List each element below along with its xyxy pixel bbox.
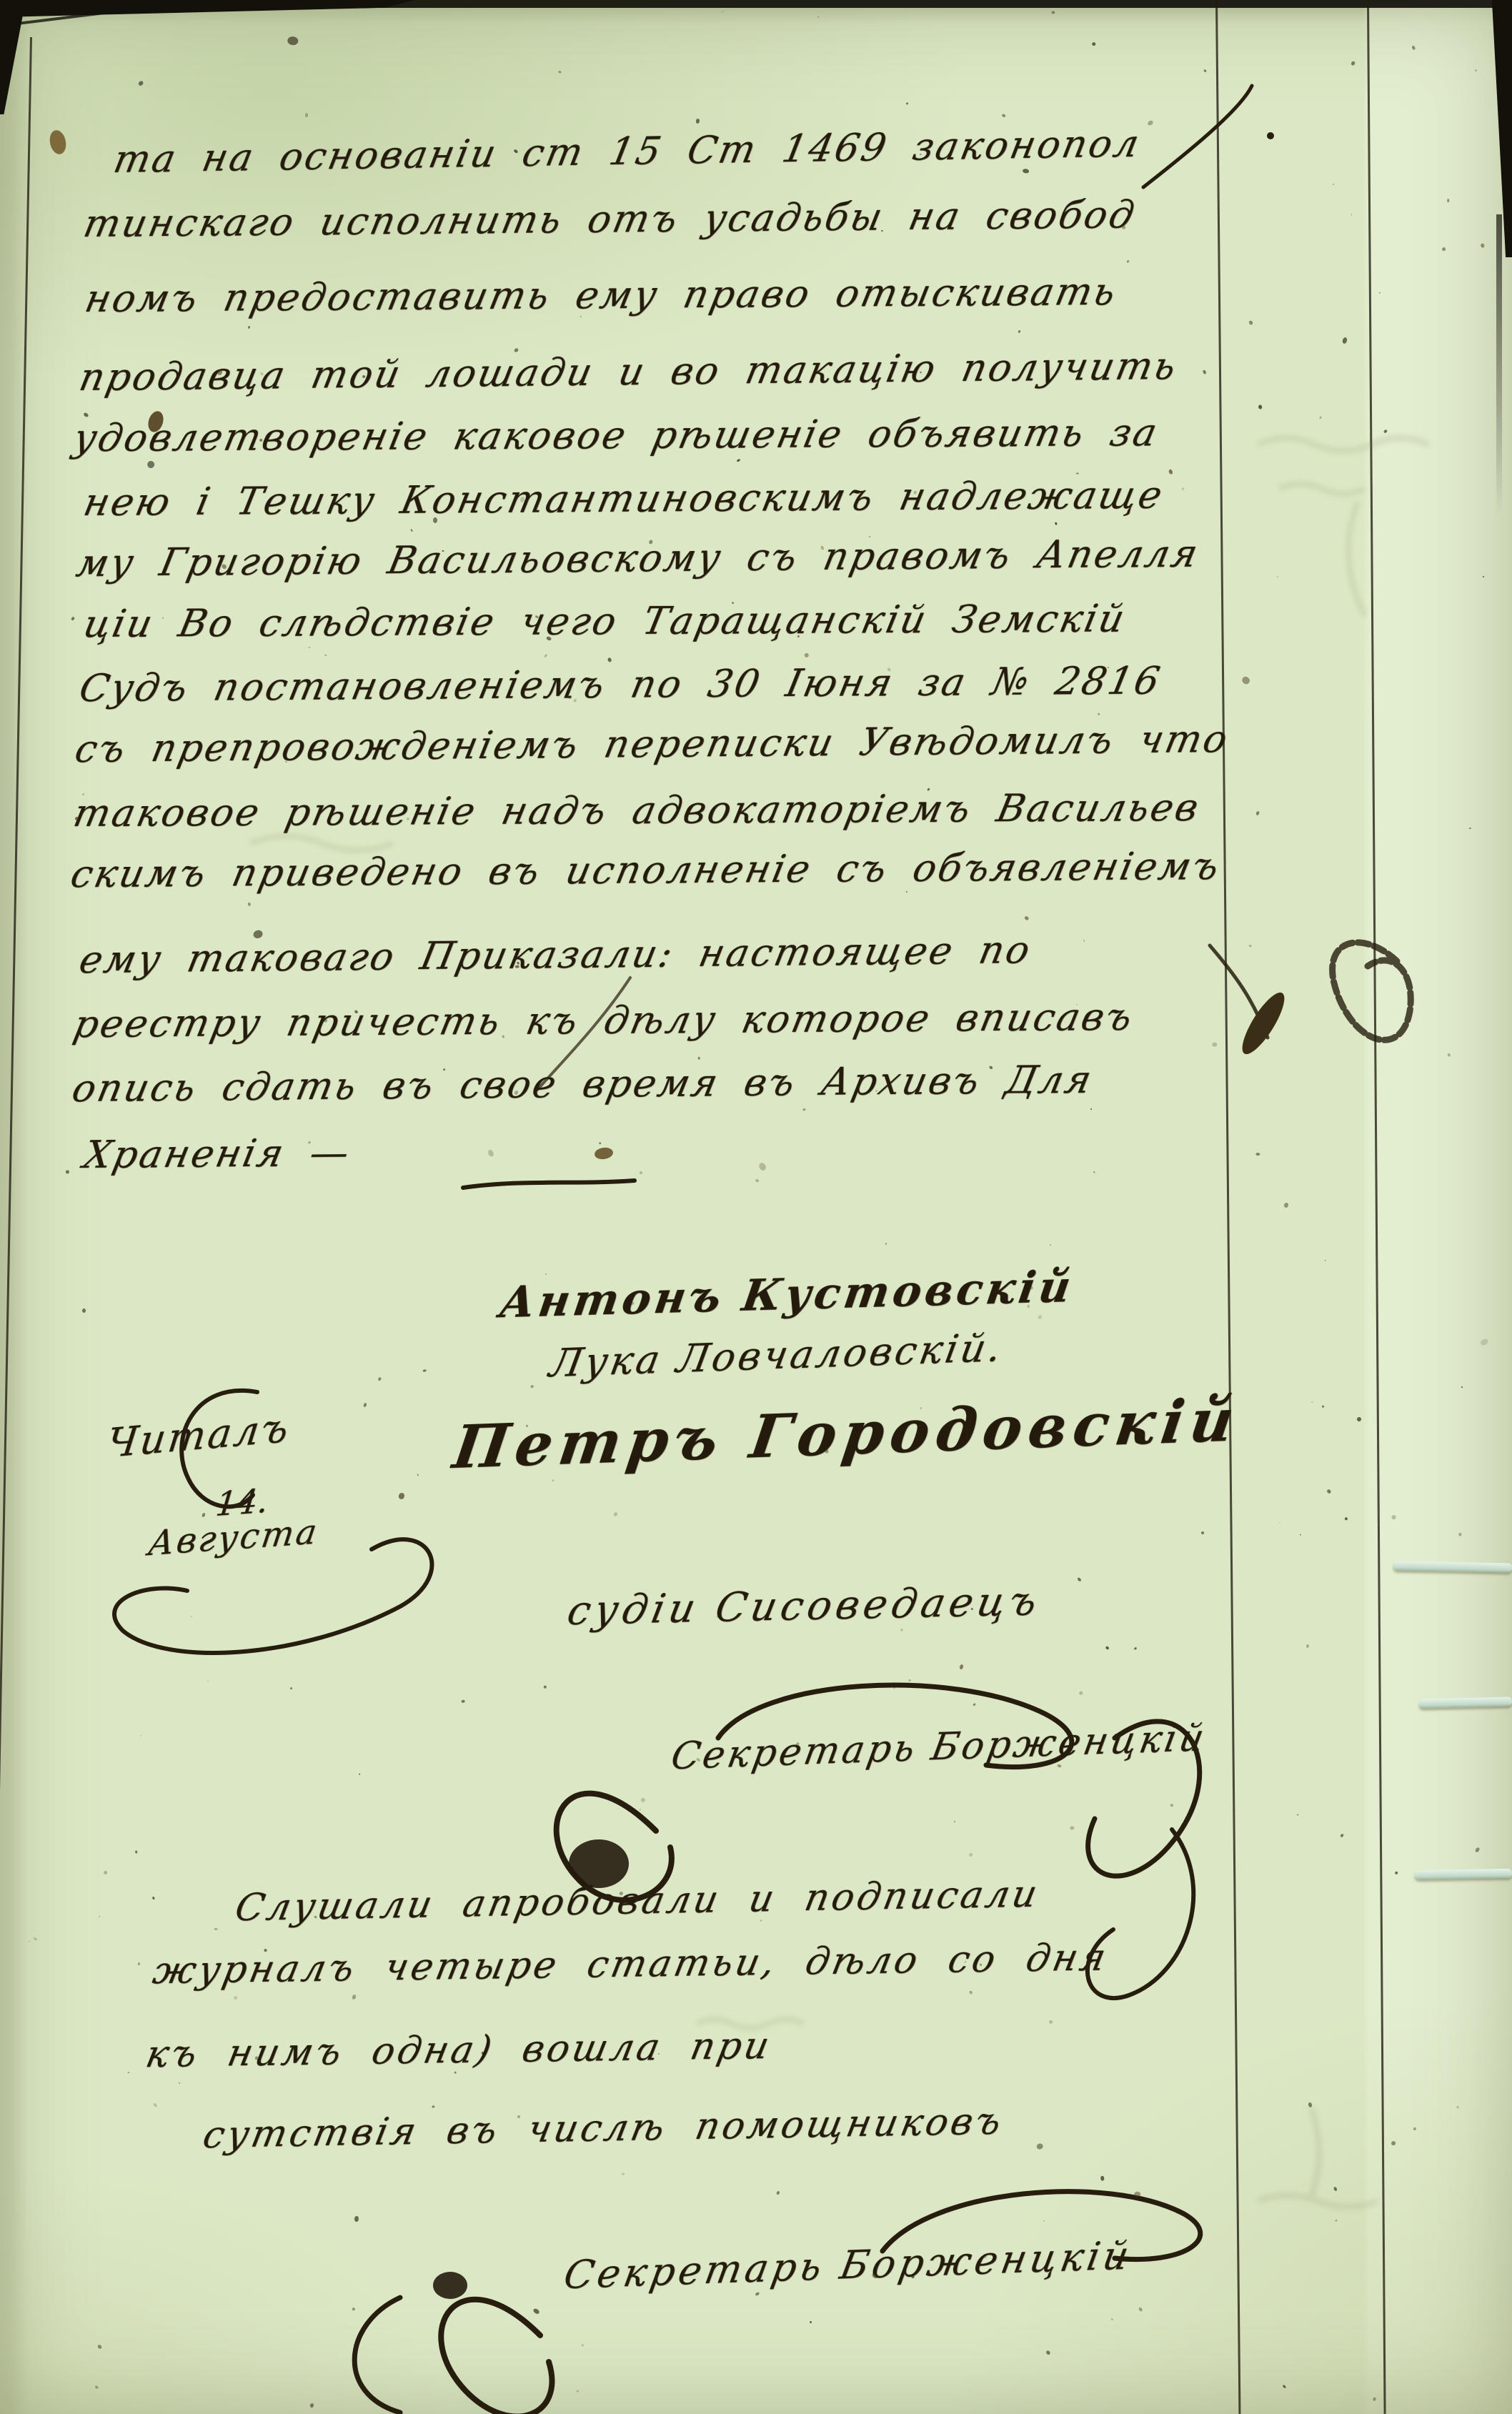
closing-line: къ нимъ одна) вошла при (142, 2025, 775, 2076)
manuscript-scan: та на основаніи ст 15 Ст 1469 законопол … (0, 0, 1512, 2414)
page-edge-right (1496, 214, 1502, 515)
main-text-line: Храненія — (80, 1131, 355, 1177)
main-text-line: удовлетвореніе каковое рѣшеніе объявить … (70, 411, 1163, 460)
main-text-line: скимъ приведено въ исполненіе съ объявле… (67, 845, 1225, 896)
binding-thread-3 (1415, 1869, 1512, 1879)
main-text-line: номъ предоставить ему право отыскивать (81, 270, 1121, 321)
main-text-line: опись сдать въ свое время въ Архивъ Для (69, 1058, 1098, 1111)
main-text-line: ціи Во слѣдствіе чего Таращанскій Земскі… (80, 597, 1130, 646)
main-text-line: тинскаго исполнить отъ усадьбы на свобод (80, 193, 1140, 246)
main-text-line: таковое рѣшеніе надъ адвокаторіемъ Васил… (70, 786, 1205, 835)
main-text-line: Судъ постановленіемъ по 30 Іюня за № 281… (76, 659, 1165, 710)
main-text-line: реестру причесть къ дѣлу которое вписавъ (70, 995, 1138, 1046)
main-text-line: нею і Тешку Константиновскимъ надлежаще (80, 473, 1168, 525)
